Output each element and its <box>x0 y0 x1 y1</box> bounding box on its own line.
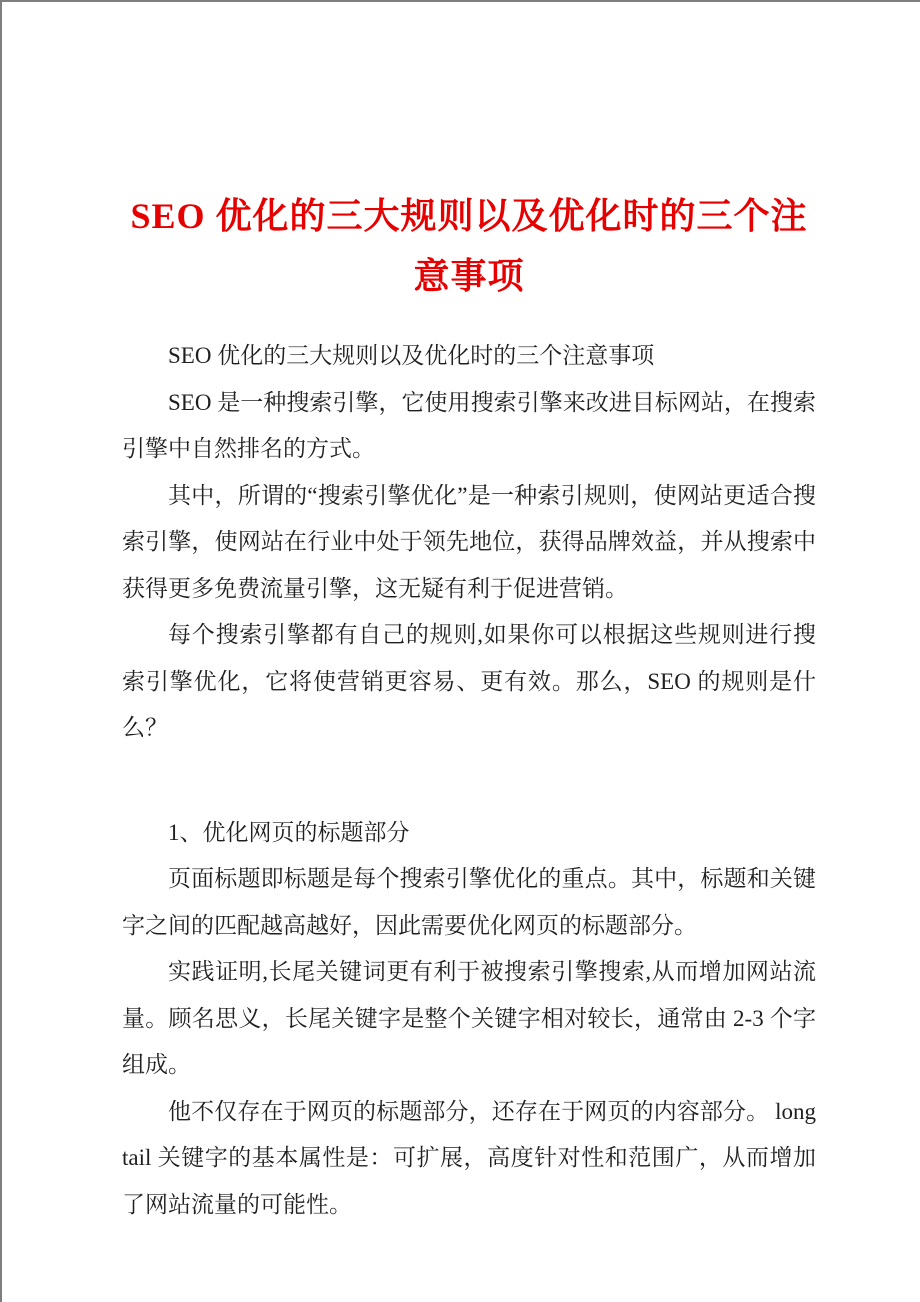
paragraph: 页面标题即标题是每个搜索引擎优化的重点。其中，标题和关键字之间的匹配越高越好，因… <box>122 856 816 949</box>
paragraph: 他不仅存在于网页的标题部分，还存在于网页的内容部分。 long tail 关键字… <box>122 1089 816 1229</box>
paragraph: 其中，所谓的“搜索引擎优化”是一种索引规则，使网站更适合搜索引擎，使网站在行业中… <box>122 473 816 613</box>
page-title: SEO 优化的三大规则以及优化时的三个注意事项 <box>122 186 816 306</box>
paragraph <box>122 752 816 810</box>
document-body: SEO 优化的三大规则以及优化时的三个注意事项 SEO 是一种搜索引擎，它使用搜… <box>122 333 816 1228</box>
paragraph: SEO 优化的三大规则以及优化时的三个注意事项 <box>122 333 816 380</box>
paragraph: 每个搜索引擎都有自己的规则,如果你可以根据这些规则进行搜索引擎优化，它将使营销更… <box>122 612 816 752</box>
paragraph: 实践证明,长尾关键词更有利于被搜索引擎搜索,从而增加网站流量。顾名思义，长尾关键… <box>122 949 816 1089</box>
paragraph: SEO 是一种搜索引擎，它使用搜索引擎来改进目标网站，在搜索引擎中自然排名的方式… <box>122 380 816 473</box>
paragraph: 1、优化网页的标题部分 <box>122 810 816 857</box>
document-page: SEO 优化的三大规则以及优化时的三个注意事项 SEO 优化的三大规则以及优化时… <box>0 0 920 1302</box>
document-content: SEO 优化的三大规则以及优化时的三个注意事项 SEO 优化的三大规则以及优化时… <box>2 2 920 1228</box>
